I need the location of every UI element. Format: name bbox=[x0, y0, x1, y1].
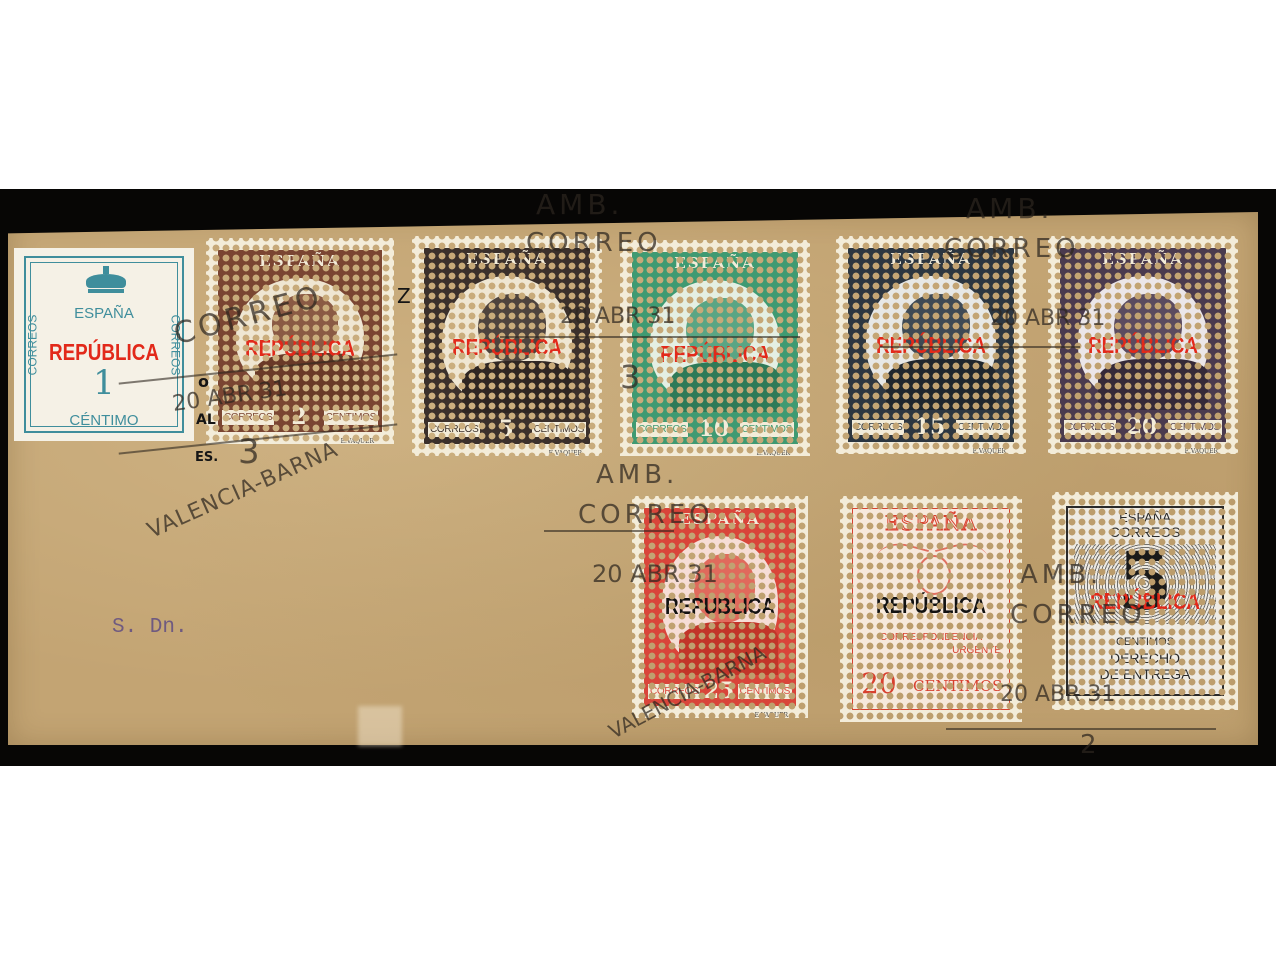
postmark-4-bar bbox=[544, 530, 674, 532]
postmark-3-date: 20 ABR 31 bbox=[990, 306, 1105, 331]
engraver-text: E.VAQUER bbox=[549, 450, 582, 457]
country-text: ESPAÑA bbox=[853, 511, 1009, 535]
handstamp-es: ES. bbox=[195, 450, 218, 465]
unit-text: CENTIMOS bbox=[739, 421, 795, 438]
bottom-text-2: DE ENTREGA bbox=[1068, 666, 1222, 682]
paper-repair-patch bbox=[358, 706, 402, 746]
value-text: 20 bbox=[1127, 415, 1158, 439]
overprint: REPÚBLICA bbox=[637, 341, 793, 368]
handstamp-o: o bbox=[198, 372, 209, 391]
left-label: CORREOS bbox=[635, 421, 689, 438]
overprint: REPÚBLICA bbox=[429, 334, 585, 361]
country-text: ESPAÑA bbox=[1060, 248, 1226, 270]
stamp-20-centimos: ESPAÑA CORREOS 20 CENTIMOS E.VAQUER REPÚ… bbox=[1048, 236, 1238, 454]
value-text: 15 bbox=[915, 415, 946, 439]
postmark-2-mid: CORREO bbox=[526, 228, 662, 258]
left-label: CORREOS bbox=[221, 409, 275, 426]
value-text: 5 bbox=[498, 417, 513, 441]
unit-text: CENTIMOS bbox=[323, 409, 379, 426]
postmark-5-date: 20 ABR 31 bbox=[1000, 682, 1115, 707]
engraver-text: E.VAQUER bbox=[973, 448, 1006, 455]
unit-text: CENTIMOS bbox=[737, 683, 793, 700]
stamp-1-centimo: ESPAÑA CORREOS CORREOS 1 CÉNTIMO REPÚBLI… bbox=[14, 248, 194, 441]
postmark-5-top: AMB. bbox=[1020, 560, 1102, 590]
postmark-4-date: 20 ABR 31 bbox=[592, 560, 718, 588]
postmark-5-bar bbox=[946, 728, 1216, 730]
engraver-text: E.VAQUER bbox=[757, 450, 790, 457]
handstamp-al: AL bbox=[196, 412, 216, 428]
postmark-2-bar bbox=[500, 336, 800, 338]
subtitle-1: CORRESPONDENCIA bbox=[853, 632, 1009, 643]
annotation-s-dn: S. Dn. bbox=[112, 616, 188, 639]
overprint: REPÚBLICA bbox=[1065, 332, 1221, 359]
engraver-text: E.VAQUER bbox=[1185, 448, 1218, 455]
value-text: 10 bbox=[699, 417, 730, 441]
overprint: REPÚBLICA bbox=[856, 592, 1005, 619]
engraver-text: E.VAQUER bbox=[341, 438, 374, 445]
postmark-5-number: 2 bbox=[1080, 730, 1097, 760]
unit-text: CÉNTIMOS bbox=[913, 677, 1002, 695]
handstamp-z: Z bbox=[397, 284, 411, 308]
country-text: ESPAÑA bbox=[14, 305, 194, 322]
unit-text: CENTIMOS bbox=[1068, 636, 1222, 648]
postmark-2-date: 20 ABR 31 bbox=[560, 304, 675, 329]
postmark-3-mid: CORREO bbox=[944, 234, 1080, 264]
stamp-2-centimos: ESPAÑA CORREOS 2 CENTIMOS E.VAQUER REPÚB… bbox=[206, 238, 394, 444]
engraver-text: E.VAQUER bbox=[755, 712, 788, 719]
postmark-2-top: AMB. bbox=[536, 188, 623, 221]
value-text: 20 bbox=[861, 667, 897, 700]
postmark-4-mid: CORREO bbox=[578, 500, 714, 530]
country-text: ESPAÑA bbox=[1068, 510, 1222, 525]
unit-text: CENTIMOS bbox=[531, 421, 587, 438]
stamp-urgente-20-centimos: ESPAÑA CORRESPONDENCIA URGENTE 20 CÉNTIM… bbox=[840, 496, 1022, 722]
left-label: CORREOS bbox=[1063, 419, 1117, 436]
left-label: CORREOS bbox=[427, 421, 481, 438]
stamp-15-centimos: ESPAÑA CORREOS 15 CENTIMOS E.VAQUER REPÚ… bbox=[836, 236, 1026, 454]
country-text: ESPAÑA bbox=[218, 250, 382, 272]
subtitle-2: URGENTE bbox=[952, 645, 1001, 656]
crown-icon bbox=[86, 266, 126, 294]
postmark-3-bar bbox=[880, 346, 1080, 348]
postmark-2-number: 3 bbox=[620, 358, 640, 396]
unit-text: CÉNTIMO bbox=[14, 412, 194, 429]
stamp-10-centimos: ESPAÑA CORREOS 10 CENTIMOS E.VAQUER REPÚ… bbox=[620, 240, 810, 456]
value-text: 2 bbox=[291, 405, 306, 429]
postmark-3-top: AMB. bbox=[966, 192, 1053, 225]
overprint: REPÚBLICA bbox=[648, 593, 792, 620]
value-text: 1 bbox=[14, 366, 194, 400]
postmark-5-mid: CORREO bbox=[1010, 600, 1146, 630]
unit-text: CENTIMOS bbox=[955, 419, 1011, 436]
bottom-text-1: DERECHO bbox=[1068, 650, 1222, 666]
stamp-5-centimos: ESPAÑA CORREOS 5 CENTIMOS E.VAQUER REPÚB… bbox=[412, 236, 602, 456]
pegasus-icon bbox=[875, 539, 989, 599]
overprint: REPÚBLICA bbox=[22, 339, 186, 366]
unit-text: CENTIMOS bbox=[1167, 419, 1223, 436]
postmark-4-top: AMB. bbox=[596, 460, 678, 490]
left-label: CORREOS bbox=[851, 419, 905, 436]
